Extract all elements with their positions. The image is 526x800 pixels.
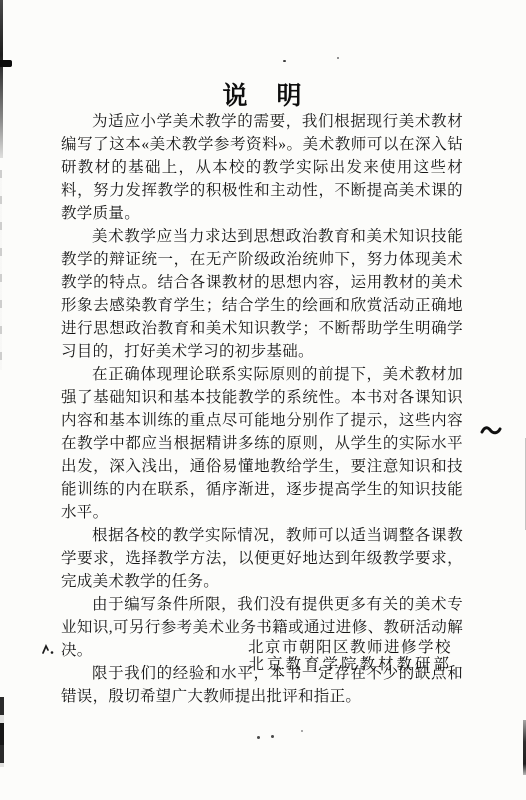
ink-speck — [257, 736, 260, 739]
ink-speck — [301, 730, 303, 732]
ink-mark-small — [42, 644, 55, 655]
paragraph-3: 在正确体现理论联系实际原则的前提下，美术教材加强了基础知识和基本技能教学的系统性… — [61, 363, 463, 524]
paragraph-2: 美术教学应当力求达到思想政治教育和美术知识技能教学的辩证统一，在无产阶级政治统帅… — [61, 225, 463, 363]
ink-speck — [283, 60, 286, 62]
signature-block: 北京市朝阳区教师进修学校 北京教育学院教材教研部 — [248, 639, 452, 673]
ink-squiggle-mark — [480, 422, 502, 438]
scan-edge-tick — [0, 60, 12, 67]
signature-line-department: 北京教育学院教材教研部 — [248, 656, 452, 673]
ink-speck — [337, 57, 339, 59]
paragraph-1: 为适应小学美术教学的需要，我们根据现行美术教材编写了这本«美术教学参考资料»。美… — [61, 110, 463, 225]
ink-speck — [271, 735, 274, 738]
scan-edge-left-bottom — [0, 697, 4, 767]
paragraph-4: 根据各校的教学实际情况，教师可以适当调整各课教学要求，选择教学方法，以便更好地达… — [61, 524, 463, 593]
scanned-book-page: 说 明 为适应小学美术教学的需要，我们根据现行美术教材编写了这本«美术教学参考资… — [0, 0, 526, 800]
signature-line-school: 北京市朝阳区教师进修学校 — [248, 639, 452, 656]
scan-edge-left-mid — [0, 170, 2, 370]
body-text: 为适应小学美术教学的需要，我们根据现行美术教材编写了这本«美术教学参考资料»。美… — [61, 110, 463, 708]
page-title: 说 明 — [0, 76, 526, 112]
